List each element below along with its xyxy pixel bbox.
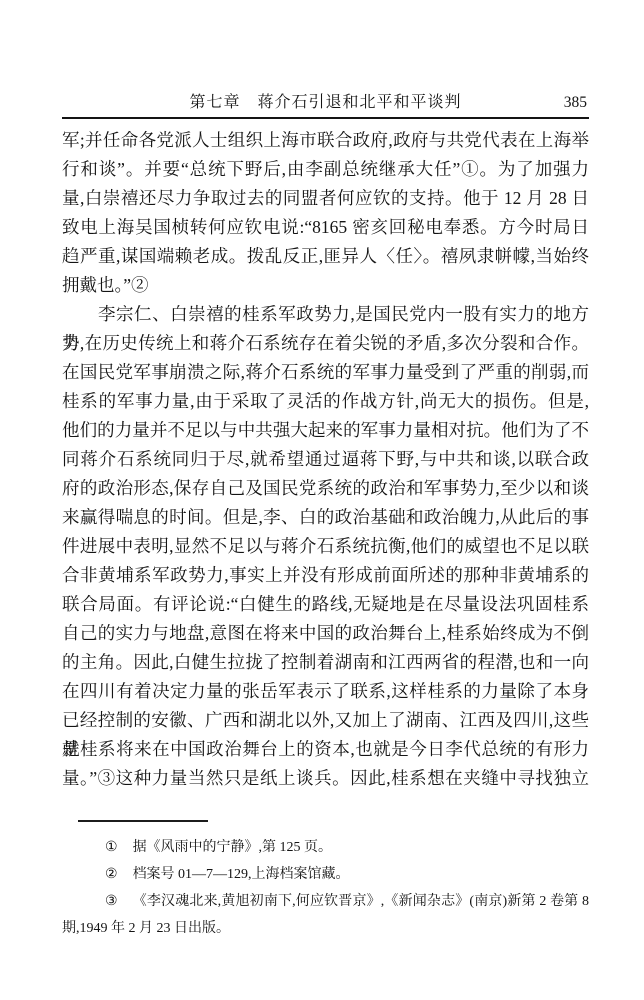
text-line: 的主角。因此,白健生拉拢了控制着湖南和江西两省的程潜,也和一向 xyxy=(62,648,589,677)
text-line: 在国民党军事崩溃之际,蒋介石系统的军事力量受到了严重的削弱,而 xyxy=(62,358,589,387)
running-chapter-title: 第七章 蒋介石引退和北平和平谈判 xyxy=(62,92,589,114)
footnotes-section: ①据《风雨中的宁静》,第 125 页。②档案号 01—7—129,上海档案馆藏。… xyxy=(62,834,589,942)
text-line: 件进展中表明,显然不足以与蒋介石系统抗衡,他们的威望也不足以联 xyxy=(62,532,589,561)
text-line: 量,白崇禧还尽力争取过去的同盟者何应钦的支持。他于 12 月 28 日 xyxy=(62,184,589,213)
text-line: 合非黄埔系军政势力,事实上并没有形成前面所述的那种非黄埔系的 xyxy=(62,561,589,590)
text-line: 趋严重,谋国端赖老成。拨乱反正,匪异人〈任〉。禧夙隶帡幪,当始终 xyxy=(62,242,589,271)
footnote: ②档案号 01—7—129,上海档案馆藏。 xyxy=(62,861,589,888)
footnote-text: 档案号 01—7—129,上海档案馆藏。 xyxy=(133,867,350,882)
footnote-marker: ② xyxy=(105,867,118,882)
page-number: 385 xyxy=(564,92,587,114)
footnote-marker: ① xyxy=(105,840,118,855)
text-line: 桂系的军事力量,由于采取了灵活的作战方针,尚无大的损伤。但是, xyxy=(62,387,589,416)
text-line: 致电上海吴国桢转何应钦电说:“8165 密亥回秘电奉悉。方今时局日 xyxy=(62,213,589,242)
footnote-text: 据《风雨中的宁静》,第 125 页。 xyxy=(133,840,333,855)
text-line: 他们的力量并不足以与中共强大起来的军事力量相对抗。他们为了不 xyxy=(62,416,589,445)
footnote: ③《李汉魂北来,黄旭初南下,何应钦晋京》,《新闻杂志》(南京)新第 2 卷第 8… xyxy=(62,888,589,942)
text-line: 已经控制的安徽、广西和湖北以外,又加上了湖南、江西及四川,这些就 xyxy=(62,706,589,735)
text-line: 李宗仁、白崇禧的桂系军政势力,是国民党内一股有实力的地方势 xyxy=(62,300,589,329)
footnote-text: 《李汉魂北来,黄旭初南下,何应钦晋京》,《新闻杂志》(南京)新第 2 卷第 8 … xyxy=(62,894,589,936)
text-line: 联合局面。有评论说:“白健生的路线,无疑地是在尽量设法巩固桂系 xyxy=(62,590,589,619)
footnote: ①据《风雨中的宁静》,第 125 页。 xyxy=(62,834,589,861)
footnote-separator-rule xyxy=(78,820,208,822)
book-page: 第七章 蒋介石引退和北平和平谈判 385 军;并任命各党派人士组织上海市联合政府… xyxy=(0,0,644,1000)
paragraph-continuation: 军;并任命各党派人士组织上海市联合政府,政府与共党代表在上海举行和谈”。并要“总… xyxy=(62,126,589,300)
text-line: 军;并任命各党派人士组织上海市联合政府,政府与共党代表在上海举 xyxy=(62,126,589,155)
footnote-marker: ③ xyxy=(105,894,118,909)
page-header: 第七章 蒋介石引退和北平和平谈判 385 xyxy=(62,92,589,114)
text-line: 是桂系将来在中国政治舞台上的资本,也就是今日李代总统的有形力 xyxy=(62,735,589,764)
paragraph-guangxi-clique: 李宗仁、白崇禧的桂系军政势力,是国民党内一股有实力的地方势力,在历史传统上和蒋介… xyxy=(62,300,589,793)
body-text: 军;并任命各党派人士组织上海市联合政府,政府与共党代表在上海举行和谈”。并要“总… xyxy=(62,126,589,793)
text-line: 来赢得喘息的时间。但是,李、白的政治基础和政治魄力,从此后的事 xyxy=(62,503,589,532)
text-line: 同蒋介石系统同归于尽,就希望通过逼蒋下野,与中共和谈,以联合政 xyxy=(62,445,589,474)
text-line: 力,在历史传统上和蒋介石系统存在着尖锐的矛盾,多次分裂和合作。 xyxy=(62,329,589,358)
text-line: 自己的实力与地盘,意图在将来中国的政治舞台上,桂系始终成为不倒 xyxy=(62,619,589,648)
text-line: 在四川有着决定力量的张岳军表示了联系,这样桂系的力量除了本身 xyxy=(62,677,589,706)
text-line: 府的政治形态,保存自己及国民党系统的政治和军事势力,至少以和谈 xyxy=(62,474,589,503)
header-rule xyxy=(62,117,589,119)
text-line: 行和谈”。并要“总统下野后,由李副总统继承大任”①。为了加强力 xyxy=(62,155,589,184)
text-line: 量。”③这种力量当然只是纸上谈兵。因此,桂系想在夹缝中寻找独立 xyxy=(62,764,589,793)
text-line: 拥戴也。”② xyxy=(62,271,589,300)
